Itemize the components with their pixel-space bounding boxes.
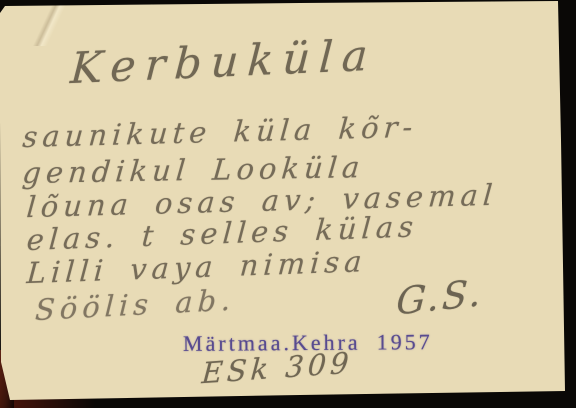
card-title-handwriting: Kerbuküla [69, 31, 378, 95]
card-crease [0, 0, 110, 46]
collector-initials-handwriting: G.S. [395, 271, 485, 324]
handwritten-line: Söölis ab. [34, 283, 236, 328]
archive-card: Kerbuküla saunikute küla kõr- gendikul L… [0, 0, 576, 408]
stamp-year-text: 1957 [377, 329, 433, 354]
handwritten-line: saunikute küla kõr- [21, 110, 418, 154]
scan-background: Kerbuküla saunikute küla kõr- gendikul L… [0, 0, 576, 408]
